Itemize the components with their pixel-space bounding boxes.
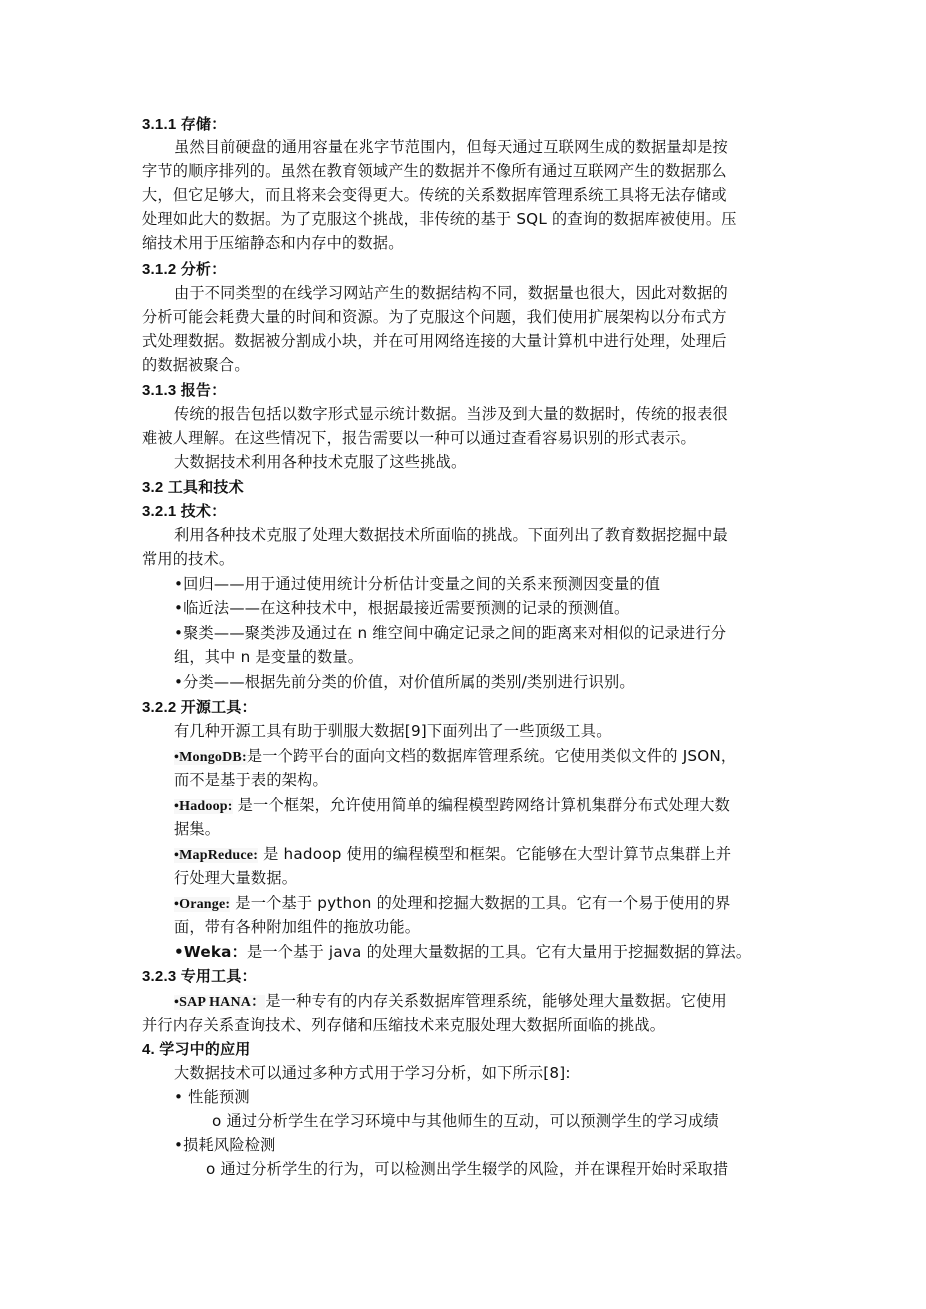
paragraph-line: 字节的顺序排列的。虽然在教育领域产生的数据并不像所有通过互联网产生的数据那么 bbox=[142, 160, 727, 183]
sub-bullet: o 通过分析学生的行为，可以检测出学生辍学的风险，并在课程开始时采取措 bbox=[206, 1158, 728, 1181]
paragraph-line: 传统的报告包括以数字形式显示统计数据。当涉及到大量的数据时，传统的报表很 bbox=[174, 403, 728, 426]
tool-weka: •Weka：是一个基于 java 的处理大量数据的工具。它有大量用于挖掘数据的算… bbox=[174, 941, 751, 964]
tool-hadoop: •Hadoop: 是一个框架，允许使用简单的编程模型跨网络计算机集群分布式处理大… bbox=[174, 794, 730, 818]
bullet-attrition-risk: •损耗风险检测 bbox=[174, 1134, 275, 1157]
tool-description-cont: 行处理大量数据。 bbox=[174, 867, 297, 890]
tool-sap-hana: •SAP HANA：是一种专有的内存关系数据库管理系统，能够处理大量数据。它使用 bbox=[174, 990, 727, 1014]
bullet-classification: •分类——根据先前分类的价值，对价值所属的类别/类别进行识别。 bbox=[174, 671, 635, 694]
tool-mongodb: •MongoDB:是一个跨平台的面向文档的数据库管理系统。它使用类似文件的 JS… bbox=[174, 745, 736, 769]
tool-description: 是一个框架，允许使用简单的编程模型跨网络计算机集群分布式处理大数 bbox=[233, 796, 730, 814]
paragraph-line: 的数据被聚合。 bbox=[142, 354, 250, 377]
paragraph-line: 大数据技术利用各种技术克服了这些挑战。 bbox=[174, 451, 466, 474]
paragraph-line: 难被人理解。在这些情况下，报告需要以一种可以通过查看容易识别的形式表示。 bbox=[142, 427, 696, 450]
tool-orange: •Orange: 是一个基于 python 的处理和挖掘大数据的工具。它有一个易… bbox=[174, 892, 731, 916]
tool-name: •MongoDB: bbox=[174, 750, 247, 765]
paragraph-line: 大，但它足够大，而且将来会变得更大。传统的关系数据库管理系统工具将无法存储或 bbox=[142, 184, 727, 207]
tool-mapreduce: •MapReduce: 是 hadoop 使用的编程模型和框架。它能够在大型计算… bbox=[174, 843, 731, 867]
heading-3-2: 3.2 工具和技术 bbox=[142, 476, 244, 499]
tool-description-cont: 据集。 bbox=[174, 818, 220, 841]
tool-description: 是 hadoop 使用的编程模型和框架。它能够在大型计算节点集群上并 bbox=[258, 845, 731, 863]
bullet-clustering-cont: 组，其中 n 是变量的数量。 bbox=[174, 646, 363, 669]
paragraph-line: 利用各种技术克服了处理大数据技术所面临的挑战。下面列出了教育数据挖掘中最 bbox=[174, 524, 728, 547]
tool-description-cont: 面，带有各种附加组件的拖放功能。 bbox=[174, 916, 420, 939]
bullet-nearest-neighbor: •临近法——在这种技术中，根据最接近需要预测的记录的预测值。 bbox=[174, 597, 629, 620]
heading-3-2-2: 3.2.2 开源工具： bbox=[142, 696, 257, 719]
paragraph-line: 有几种开源工具有助于驯服大数据[9]下面列出了一些顶级工具。 bbox=[174, 720, 612, 743]
tool-description-cont: 并行内存关系查询技术、列存储和压缩技术来克服处理大数据所面临的挑战。 bbox=[142, 1014, 665, 1037]
tool-name: •Weka： bbox=[174, 943, 247, 961]
heading-4: 4. 学习中的应用 bbox=[142, 1038, 250, 1061]
paragraph-line: 大数据技术可以通过多种方式用于学习分析，如下所示[8]: bbox=[174, 1062, 571, 1085]
tool-description-cont: 而不是基于表的架构。 bbox=[174, 769, 328, 792]
heading-3-1-1: 3.1.1 存储： bbox=[142, 113, 226, 136]
paragraph-line: 常用的技术。 bbox=[142, 548, 234, 571]
tool-name: •Hadoop: bbox=[174, 799, 233, 814]
tool-description: 是一个基于 python 的处理和挖掘大数据的工具。它有一个易于使用的界 bbox=[230, 894, 730, 912]
heading-3-1-3: 3.1.3 报告： bbox=[142, 379, 226, 402]
paragraph-line: 由于不同类型的在线学习网站产生的数据结构不同，数据量也很大，因此对数据的 bbox=[174, 282, 728, 305]
bullet-clustering: •聚类——聚类涉及通过在 n 维空间中确定记录之间的距离来对相似的记录进行分 bbox=[174, 622, 726, 645]
paragraph-line: 式处理数据。数据被分割成小块，并在可用网络连接的大量计算机中进行处理，处理后 bbox=[142, 330, 727, 353]
bullet-performance-prediction: • 性能预测 bbox=[174, 1086, 250, 1109]
paragraph-line: 缩技术用于压缩静态和内存中的数据。 bbox=[142, 232, 404, 255]
tool-description: 是一种专有的内存关系数据库管理系统，能够处理大量数据。它使用 bbox=[265, 992, 727, 1010]
tool-description: 是一个基于 java 的处理大量数据的工具。它有大量用于挖掘数据的算法。 bbox=[247, 943, 751, 961]
paragraph-line: 分析可能会耗费大量的时间和资源。为了克服这个问题，我们使用扩展架构以分布式方 bbox=[142, 306, 727, 329]
paragraph-line: 虽然目前硬盘的通用容量在兆字节范围内，但每天通过互联网生成的数据量却是按 bbox=[174, 136, 728, 159]
sub-bullet: o 通过分析学生在学习环境中与其他师生的互动，可以预测学生的学习成绩 bbox=[212, 1110, 719, 1133]
heading-3-2-3: 3.2.3 专用工具： bbox=[142, 965, 257, 988]
paragraph-line: 处理如此大的数据。为了克服这个挑战，非传统的基于 SQL 的查询的数据库被使用。… bbox=[142, 208, 737, 231]
heading-3-2-1: 3.2.1 技术： bbox=[142, 500, 226, 523]
tool-name: •SAP HANA： bbox=[174, 995, 265, 1010]
bullet-regression: •回归——用于通过使用统计分析估计变量之间的关系来预测因变量的值 bbox=[174, 573, 660, 596]
tool-description: 是一个跨平台的面向文档的数据库管理系统。它使用类似文件的 JSON， bbox=[247, 747, 737, 765]
heading-3-1-2: 3.1.2 分析： bbox=[142, 258, 226, 281]
tool-name: •MapReduce: bbox=[174, 848, 258, 863]
tool-name: •Orange: bbox=[174, 897, 230, 912]
